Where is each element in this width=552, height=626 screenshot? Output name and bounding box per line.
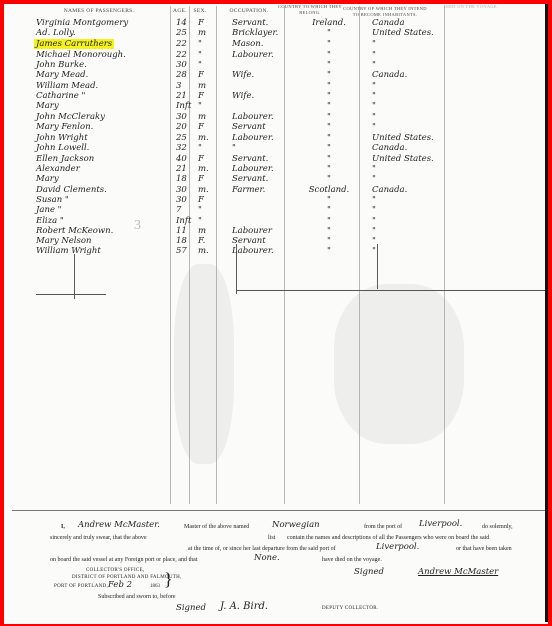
passenger-age: 21 — [176, 91, 192, 101]
passenger-occupation: Labourer. — [232, 164, 274, 174]
passenger-country: " — [294, 246, 364, 256]
passenger-name: John Burke. — [36, 60, 87, 70]
passenger-occupation: Labourer — [232, 226, 272, 236]
passenger-age: 20 — [176, 122, 192, 132]
passenger-row: Mary 18 F Servant. " " — [4, 174, 548, 184]
passenger-row: Mary Inft " " " — [4, 101, 548, 111]
passenger-occupation: " — [232, 143, 236, 153]
passenger-inhabitant: United States. — [372, 154, 442, 164]
passenger-age: 21 — [176, 164, 192, 174]
passenger-inhabitant: Canada — [372, 18, 442, 28]
passenger-sex: " — [198, 101, 212, 111]
passenger-country: " — [294, 39, 364, 49]
passenger-inhabitant: United States. — [372, 133, 442, 143]
passenger-row: Eliza " Inft " " " — [4, 216, 548, 226]
passenger-sex: " — [198, 60, 212, 70]
passenger-age: 18 — [176, 174, 192, 184]
master-signature: Andrew McMaster — [418, 567, 498, 577]
passenger-inhabitant: " — [372, 236, 442, 246]
passenger-name: Catharine " — [36, 91, 85, 101]
passenger-name: John McCleraky — [36, 112, 105, 122]
passenger-age: 3 — [176, 81, 192, 91]
passenger-row: Mary Nelson 18 F. Servant " " — [4, 236, 548, 246]
manifest-page: Names of Passengers. Age. Sex. Occupatio… — [4, 4, 548, 624]
stray-mark: 3 — [134, 218, 141, 234]
cancel-line — [74, 254, 75, 299]
passenger-inhabitant: " — [372, 91, 442, 101]
passenger-row: Mary Mead. 28 F Wife. " Canada. — [4, 70, 548, 80]
passenger-name: John Lowell. — [36, 143, 89, 153]
passenger-sex: " — [198, 143, 212, 153]
passenger-occupation: Servant. — [232, 18, 268, 28]
passenger-inhabitant: Canada. — [372, 185, 442, 195]
passenger-sex: m — [198, 226, 212, 236]
closing-line — [236, 290, 548, 291]
passenger-age: 25 — [176, 28, 192, 38]
passenger-age: 57 — [176, 246, 192, 256]
passenger-occupation: Labourer. — [232, 50, 274, 60]
passenger-country: " — [294, 91, 364, 101]
passenger-sex: m — [198, 112, 212, 122]
collector-office: Collector's Office, — [86, 568, 144, 573]
passenger-age: 30 — [176, 60, 192, 70]
passenger-country: " — [294, 174, 364, 184]
header-inhabitants: Country of which they intend to become i… — [340, 6, 430, 18]
header-sex: Sex. — [190, 8, 210, 14]
oath-solemnly: do solemnly, — [482, 524, 513, 530]
passenger-row: Susan " 30 F " " — [4, 195, 548, 205]
passenger-inhabitant: Canada. — [372, 143, 442, 153]
passenger-age: Inft — [176, 101, 192, 111]
passenger-name: Mary Fenlon. — [36, 122, 93, 132]
passenger-inhabitant: " — [372, 226, 442, 236]
passenger-inhabitant: " — [372, 81, 442, 91]
passenger-name: Mary Mead. — [36, 70, 88, 80]
passenger-sex: " — [198, 216, 212, 226]
signed-label-collector: Signed — [176, 603, 206, 613]
passenger-inhabitant: United States. — [372, 28, 442, 38]
passenger-age: 25 — [176, 133, 192, 143]
passenger-name: Mary Nelson — [36, 236, 91, 246]
oath-line2-list: list — [268, 535, 275, 541]
passenger-row: Robert McKeown. 11 m Labourer " " — [4, 226, 548, 236]
passenger-inhabitant: " — [372, 122, 442, 132]
passenger-occupation: Labourer. — [232, 246, 274, 256]
passenger-inhabitant: " — [372, 112, 442, 122]
passenger-name: John Wright — [36, 133, 88, 143]
header-age: Age. — [170, 8, 190, 14]
passenger-name: Ellen Jackson — [36, 154, 94, 164]
passenger-name-highlighted: James Carruthers — [34, 39, 114, 49]
header-names: Names of Passengers. — [44, 8, 154, 14]
passenger-country: " — [294, 70, 364, 80]
header-occupation: Occupation. — [219, 8, 279, 14]
passenger-row: John McCleraky 30 m Labourer. " " — [4, 112, 548, 122]
passenger-age: 30 — [176, 112, 192, 122]
passenger-inhabitant: " — [372, 39, 442, 49]
collector-title: Deputy Collector. — [322, 606, 379, 611]
oath-line2-left: sincerely and truly swear, that the abov… — [50, 535, 147, 541]
passenger-country: " — [294, 143, 364, 153]
passenger-age: 28 — [176, 70, 192, 80]
passenger-occupation: Servant. — [232, 154, 268, 164]
passenger-row: John Wright 25 m. Labourer. " United Sta… — [4, 133, 548, 143]
passenger-country: " — [294, 133, 364, 143]
passenger-country: " — [294, 236, 364, 246]
passenger-sex: F — [198, 91, 212, 101]
passenger-country: Ireland. — [294, 18, 364, 28]
passenger-name: Ad. Lolly. — [36, 28, 76, 38]
from-port: Liverpool. — [419, 519, 462, 529]
passenger-name: Susan " — [36, 195, 69, 205]
collector-date: Feb 2 — [108, 580, 132, 590]
passenger-country: " — [294, 112, 364, 122]
passenger-occupation: Servant. — [232, 174, 268, 184]
oath-port-2: Liverpool. — [376, 542, 419, 552]
passenger-occupation: Bricklayer. — [232, 28, 278, 38]
passenger-sex: F — [198, 122, 212, 132]
deaths-none: None. — [254, 553, 280, 563]
passenger-country: " — [294, 101, 364, 111]
passenger-row: Ellen Jackson 40 F Servant. " United Sta… — [4, 154, 548, 164]
table-bottom-line — [12, 510, 548, 511]
passenger-age: 30 — [176, 195, 192, 205]
passenger-sex: F — [198, 195, 212, 205]
passenger-name: Virginia Montgomery — [36, 18, 128, 28]
passenger-inhabitant: " — [372, 205, 442, 215]
passenger-sex: F — [198, 18, 212, 28]
passenger-occupation: Mason. — [232, 39, 263, 49]
passenger-age: 14 — [176, 18, 192, 28]
passenger-country: " — [294, 164, 364, 174]
subscribed-text: Subscribed and sworn to, before — [98, 594, 175, 600]
passenger-row: John Burke. 30 " " " — [4, 60, 548, 70]
passenger-name: Jane " — [36, 205, 62, 215]
oath-line2-right: contain the names and descriptions of al… — [287, 535, 489, 541]
passenger-sex: F — [198, 154, 212, 164]
passenger-sex: F. — [198, 236, 212, 246]
passenger-row: Michael Monorough. 22 " Labourer. " " — [4, 50, 548, 60]
passenger-country: " — [294, 216, 364, 226]
oath-line4-left: on board the said vessel at any Foreign … — [50, 557, 197, 563]
collector-port: Port of Portland, — [54, 584, 108, 589]
page-edge-shadow — [545, 4, 548, 622]
oath-line4-right: have died on the voyage. — [322, 557, 382, 563]
passenger-row: Alexander 21 m. Labourer. " " — [4, 164, 548, 174]
passenger-age: 32 — [176, 143, 192, 153]
header-died: Died on the voyage. — [436, 4, 506, 10]
passenger-inhabitant: " — [372, 216, 442, 226]
passenger-sex: m. — [198, 133, 212, 143]
signed-label-master: Signed — [354, 567, 384, 577]
passenger-age: Inft — [176, 216, 192, 226]
passenger-sex: m. — [198, 246, 212, 256]
passenger-name: Eliza " — [36, 216, 64, 226]
passenger-country: " — [294, 60, 364, 70]
oath-line3-left: at the time of, or since her last depart… — [188, 546, 336, 552]
passenger-sex: " — [198, 39, 212, 49]
passenger-sex: " — [198, 50, 212, 60]
collector-brace: } — [164, 570, 173, 588]
passenger-row: David Clements. 30 m. Farmer. Scotland. … — [4, 185, 548, 195]
master-name: Andrew McMaster. — [78, 520, 160, 530]
vessel-name: Norwegian — [272, 520, 320, 530]
passenger-country: " — [294, 154, 364, 164]
passenger-row: John Lowell. 32 " " " Canada. — [4, 143, 548, 153]
passenger-inhabitant: " — [372, 174, 442, 184]
passenger-row: Mary Fenlon. 20 F Servant " " — [4, 122, 548, 132]
passenger-country: " — [294, 195, 364, 205]
passenger-sex: " — [198, 205, 212, 215]
passenger-inhabitant: " — [372, 101, 442, 111]
passenger-sex: m. — [198, 185, 212, 195]
passenger-age: 18 — [176, 236, 192, 246]
passenger-name: Robert McKeown. — [36, 226, 113, 236]
passenger-row: Ad. Lolly. 25 m Bricklayer. " United Sta… — [4, 28, 548, 38]
passenger-row: Catharine " 21 F Wife. " " — [4, 91, 548, 101]
passenger-occupation: Labourer. — [232, 133, 274, 143]
passenger-sex: F — [198, 174, 212, 184]
closing-line — [36, 294, 106, 295]
passenger-sex: m — [198, 81, 212, 91]
passenger-name: William Wright — [36, 246, 101, 256]
passenger-name: Alexander — [36, 164, 80, 174]
passenger-name: David Clements. — [36, 185, 107, 195]
passenger-sex: F — [198, 70, 212, 80]
passenger-age: 11 — [176, 226, 192, 236]
oath-from-port: from the port of — [364, 524, 402, 530]
passenger-row: Virginia Montgomery 14 F Servant. Irelan… — [4, 18, 548, 28]
passenger-country: " — [294, 226, 364, 236]
passenger-occupation: Servant — [232, 236, 266, 246]
oath-i: I, — [61, 524, 65, 530]
oath-line3-right: or that have been taken — [456, 546, 512, 552]
collector-year: 1863 — [150, 584, 160, 589]
passenger-row: William Mead. 3 m " " — [4, 81, 548, 91]
passenger-country: Scotland. — [294, 185, 364, 195]
passenger-country: " — [294, 81, 364, 91]
passenger-age: 30 — [176, 185, 192, 195]
passenger-sex: m. — [198, 164, 212, 174]
passenger-name: Mary — [36, 101, 59, 111]
passenger-inhabitant: " — [372, 246, 442, 256]
passenger-country: " — [294, 50, 364, 60]
passenger-age: 7 — [176, 205, 192, 215]
passenger-row-highlighted: James Carruthers 22 " Mason. " " — [4, 39, 548, 49]
collector-signature: J. A. Bird. — [220, 601, 268, 612]
passenger-age: 22 — [176, 39, 192, 49]
passenger-row: Jane " 7 " " " — [4, 205, 548, 215]
passenger-country: " — [294, 28, 364, 38]
passenger-row: William Wright 57 m. Labourer. " " — [4, 246, 548, 256]
passenger-inhabitant: " — [372, 195, 442, 205]
passenger-occupation: Wife. — [232, 70, 254, 80]
passenger-inhabitant: " — [372, 50, 442, 60]
passenger-occupation: Labourer. — [232, 112, 274, 122]
passenger-sex: m — [198, 28, 212, 38]
passenger-age: 40 — [176, 154, 192, 164]
passenger-name: Michael Monorough. — [36, 50, 126, 60]
passenger-inhabitant: " — [372, 60, 442, 70]
passenger-name: William Mead. — [36, 81, 98, 91]
passenger-age: 22 — [176, 50, 192, 60]
passenger-inhabitant: " — [372, 164, 442, 174]
passenger-occupation: Farmer. — [232, 185, 265, 195]
passenger-occupation: Wife. — [232, 91, 254, 101]
passenger-inhabitant: Canada. — [372, 70, 442, 80]
passenger-name: Mary — [36, 174, 59, 184]
passenger-country: " — [294, 122, 364, 132]
oath-master-of: Master of the above named — [184, 524, 249, 530]
passenger-occupation: Servant — [232, 122, 266, 132]
passenger-country: " — [294, 205, 364, 215]
